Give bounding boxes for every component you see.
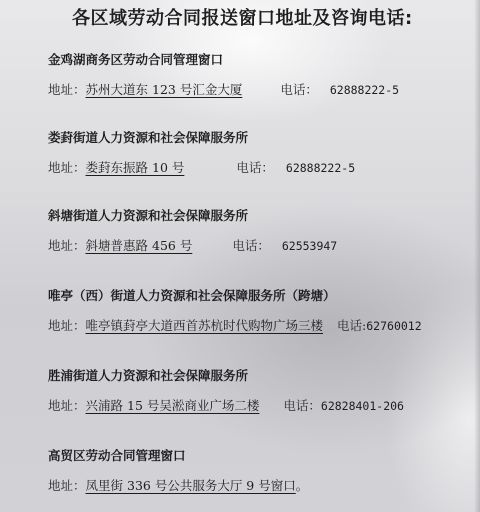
office-entry-gaomao: 高贸区劳动合同管理窗口 地址： 凤里街 336 号公共服务大厅 9 号窗口 。 bbox=[48, 446, 308, 494]
office-name: 金鸡湖商务区劳动合同管理窗口 bbox=[48, 50, 399, 68]
phone-label: 电话： bbox=[283, 396, 321, 414]
document-page: 各区域劳动合同报送窗口地址及咨询电话: 金鸡湖商务区劳动合同管理窗口 地址： 苏… bbox=[0, 0, 480, 512]
office-entry-xietang: 斜塘街道人力资源和社会保障服务所 地址： 斜塘普惠路 456 号 电话： 625… bbox=[48, 206, 337, 254]
office-phone: 62553947 bbox=[282, 239, 337, 253]
address-suffix: 。 bbox=[296, 476, 309, 494]
address-label: 地址： bbox=[48, 316, 86, 334]
address-label: 地址： bbox=[48, 476, 86, 494]
office-address: 娄葑东振路 10 号 bbox=[86, 158, 207, 176]
office-address: 兴浦路 15 号吴淞商业广场二楼 bbox=[86, 396, 270, 414]
office-address: 斜塘普惠路 456 号 bbox=[86, 236, 207, 254]
office-contact-line: 地址： 斜塘普惠路 456 号 电话： 62553947 bbox=[48, 236, 337, 254]
office-entry-shengpu: 胜浦街道人力资源和社会保障服务所 地址： 兴浦路 15 号吴淞商业广场二楼 电话… bbox=[48, 366, 404, 414]
office-name: 斜塘街道人力资源和社会保障服务所 bbox=[48, 206, 337, 224]
document-title: 各区域劳动合同报送窗口地址及咨询电话: bbox=[72, 4, 413, 30]
office-address: 唯亭镇葑亭大道西首苏杭时代购物广场三楼 bbox=[86, 316, 324, 334]
office-entry-weiting: 唯亭（西）街道人力资源和社会保障服务所（跨塘） 地址： 唯亭镇葑亭大道西首苏杭时… bbox=[48, 286, 422, 334]
phone-label: 电话： bbox=[280, 80, 318, 98]
phone-label: 电话： bbox=[232, 236, 270, 254]
office-name: 娄葑街道人力资源和社会保障服务所 bbox=[48, 128, 355, 146]
office-contact-line: 地址： 苏州大道东 123 号汇金大厦 电话： 62888222-5 bbox=[48, 80, 399, 98]
address-label: 地址： bbox=[48, 396, 86, 414]
address-label: 地址： bbox=[48, 236, 86, 254]
office-phone: 62828401-206 bbox=[321, 399, 404, 413]
office-name: 唯亭（西）街道人力资源和社会保障服务所（跨塘） bbox=[48, 286, 422, 304]
office-entry-loufeng: 娄葑街道人力资源和社会保障服务所 地址： 娄葑东振路 10 号 电话： 6288… bbox=[48, 128, 355, 176]
office-phone: 62888222-5 bbox=[286, 161, 355, 175]
phone-label: 电话: bbox=[337, 316, 366, 334]
paper-edge-shadow bbox=[474, 0, 480, 512]
office-contact-line: 地址： 娄葑东振路 10 号 电话： 62888222-5 bbox=[48, 158, 355, 176]
office-name: 胜浦街道人力资源和社会保障服务所 bbox=[48, 366, 404, 384]
office-entry-jinjihu: 金鸡湖商务区劳动合同管理窗口 地址： 苏州大道东 123 号汇金大厦 电话： 6… bbox=[48, 50, 399, 98]
office-contact-line: 地址： 兴浦路 15 号吴淞商业广场二楼 电话： 62828401-206 bbox=[48, 396, 404, 414]
office-contact-line: 地址： 唯亭镇葑亭大道西首苏杭时代购物广场三楼 电话: 62760012 bbox=[48, 316, 422, 334]
office-address: 凤里街 336 号公共服务大厅 9 号窗口 bbox=[86, 476, 296, 494]
office-contact-line: 地址： 凤里街 336 号公共服务大厅 9 号窗口 。 bbox=[48, 476, 308, 494]
address-label: 地址： bbox=[48, 80, 86, 98]
office-address: 苏州大道东 123 号汇金大厦 bbox=[86, 80, 257, 98]
office-phone: 62888222-5 bbox=[330, 83, 399, 97]
address-label: 地址： bbox=[48, 158, 86, 176]
office-name: 高贸区劳动合同管理窗口 bbox=[48, 446, 308, 464]
office-phone: 62760012 bbox=[366, 319, 421, 333]
phone-label: 电话： bbox=[236, 158, 274, 176]
